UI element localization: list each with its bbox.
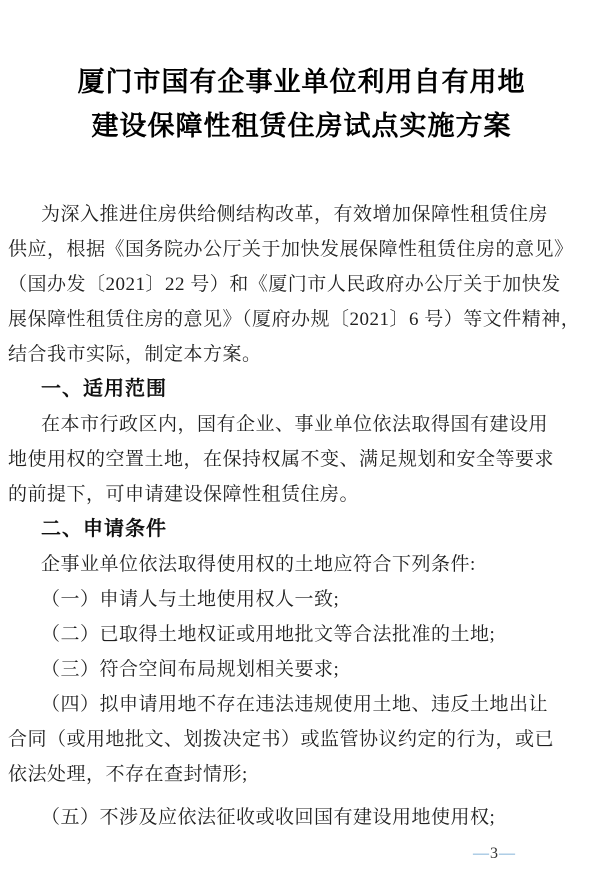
document-page: 厦门市国有企事业单位利用自有用地 建设保障性租赁住房试点实施方案 为深入推进住房… xyxy=(0,0,603,895)
text-line: 展保障性租赁住房的意见》（厦府办规〔2021〕6 号）等文件精神， xyxy=(8,302,597,337)
text-line: 地使用权的空置土地，在保持权属不变、满足规划和安全等要求 xyxy=(8,442,597,477)
document-body: 为深入推进住房供给侧结构改革，有效增加保障性租赁住房 供应，根据《国务院办公厅关… xyxy=(8,197,597,835)
text-line: 的前提下，可申请建设保障性租赁住房。 xyxy=(8,477,597,512)
list-item-5: （五）不涉及应依法征收或收回国有建设用地使用权; xyxy=(8,800,597,835)
page-number: —3— xyxy=(473,845,515,863)
text-line: （国办发〔2021〕22 号）和《厦门市人民政府办公厅关于加快发 xyxy=(8,267,597,302)
list-item-2: （二）已取得土地权证或用地批文等合法批准的土地; xyxy=(8,617,597,652)
document-title-line-1: 厦门市国有企事业单位利用自有用地 xyxy=(0,60,603,104)
document-title: 厦门市国有企事业单位利用自有用地 建设保障性租赁住房试点实施方案 xyxy=(0,60,603,148)
page-number-dash-left: — xyxy=(473,845,489,862)
list-item-1: （一）申请人与土地使用权人一致; xyxy=(8,582,597,617)
list-item-4: （四）拟申请用地不存在违法违规使用土地、违反土地出让 xyxy=(8,687,597,722)
section-heading-2: 二、申请条件 xyxy=(8,512,597,547)
document-title-line-2: 建设保障性租赁住房试点实施方案 xyxy=(0,104,603,148)
text-line: 在本市行政区内，国有企业、事业单位依法取得国有建设用 xyxy=(8,407,597,442)
text-line: 为深入推进住房供给侧结构改革，有效增加保障性租赁住房 xyxy=(8,197,597,232)
list-item-3: （三）符合空间布局规划相关要求; xyxy=(8,652,597,687)
section-heading-1: 一、适用范围 xyxy=(8,372,597,407)
text-line: 供应，根据《国务院办公厅关于加快发展保障性租赁住房的意见》 xyxy=(8,232,597,267)
text-line: 依法处理，不存在查封情形; xyxy=(8,757,597,792)
page-number-value: 3 xyxy=(489,845,499,862)
text-line: 合同（或用地批文、划拨决定书）或监管协议约定的行为，或已 xyxy=(8,722,597,757)
page-number-dash-right: — xyxy=(499,845,515,862)
text-line: 企事业单位依法取得使用权的土地应符合下列条件: xyxy=(8,547,597,582)
text-line: 结合我市实际，制定本方案。 xyxy=(8,337,597,372)
